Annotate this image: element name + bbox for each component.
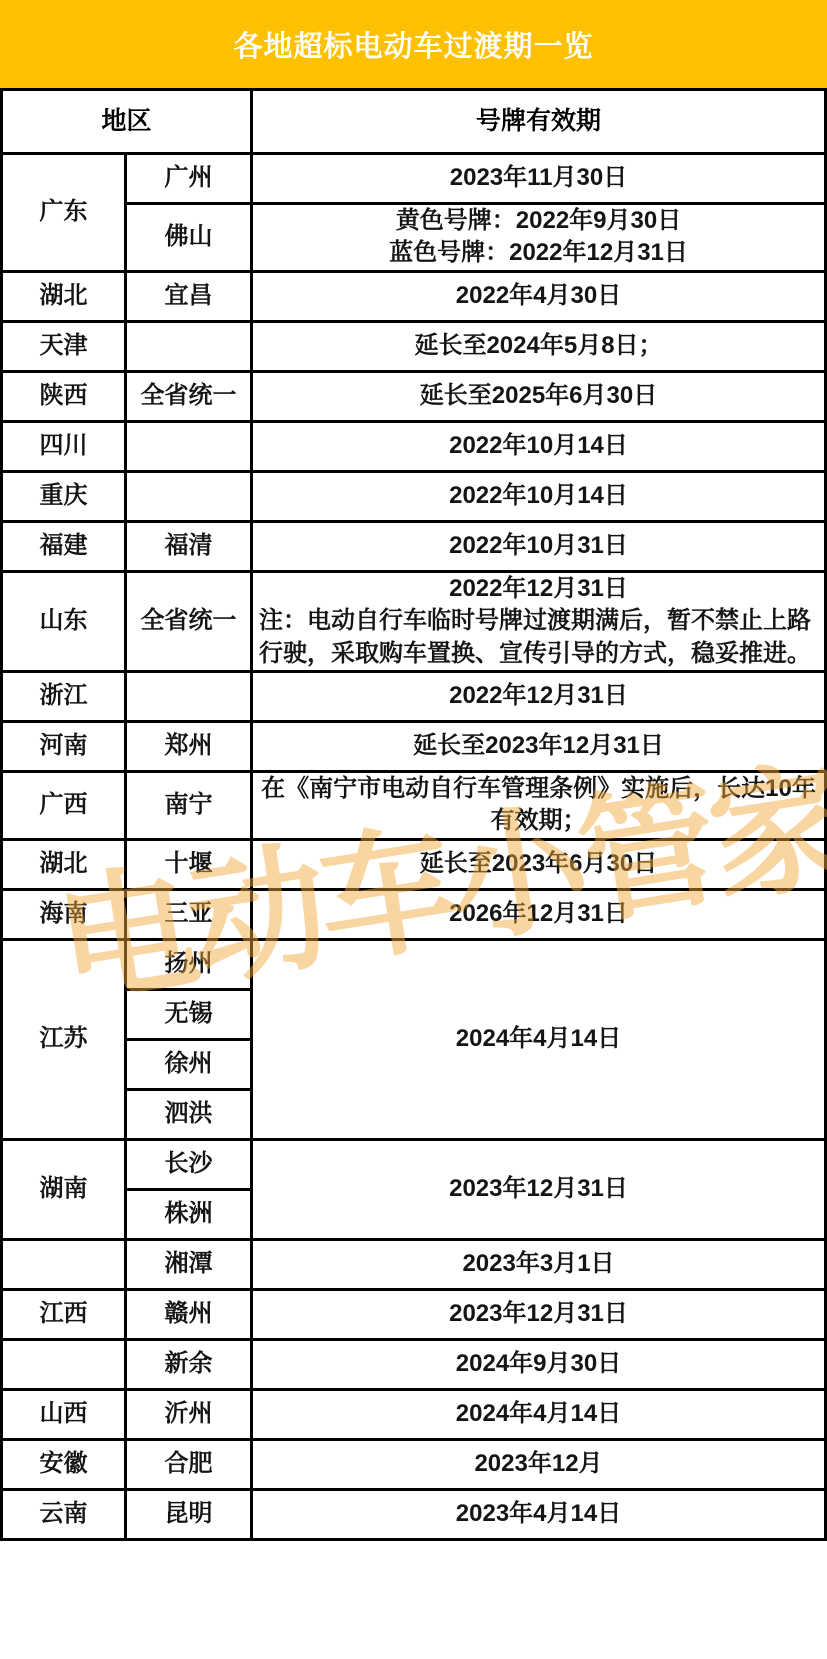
- table-row: 江西 赣州 2023年12月31日: [2, 1289, 826, 1339]
- province-cell: 湖北: [2, 839, 126, 889]
- city-cell: 昆明: [126, 1489, 252, 1539]
- validity-cell: 2023年11月30日: [252, 154, 826, 204]
- table-row: 广西 南宁 在《南宁市电动自行车管理条例》实施后，长达10年有效期；: [2, 771, 826, 839]
- province-cell: 四川: [2, 421, 126, 471]
- province-cell: 安徽: [2, 1439, 126, 1489]
- table-row: 江苏 扬州 2024年4月14日: [2, 939, 826, 989]
- table-row: 山西 沂州 2024年4月14日: [2, 1389, 826, 1439]
- city-cell: 长沙: [126, 1139, 252, 1189]
- validity-cell: 2022年10月31日: [252, 521, 826, 571]
- validity-date: 2022年12月31日: [257, 573, 820, 605]
- table-row: 海南 三亚 2026年12月31日: [2, 889, 826, 939]
- table-row: 安徽 合肥 2023年12月: [2, 1439, 826, 1489]
- city-cell: 泗洪: [126, 1089, 252, 1139]
- city-cell: 合肥: [126, 1439, 252, 1489]
- col-header-plate-validity: 号牌有效期: [252, 90, 826, 154]
- validity-cell: 2022年10月14日: [252, 471, 826, 521]
- validity-cell: 2024年9月30日: [252, 1339, 826, 1389]
- page-title: 各地超标电动车过渡期一览: [0, 0, 827, 88]
- province-cell: 山西: [2, 1389, 126, 1439]
- city-cell: 全省统一: [126, 371, 252, 421]
- province-cell: 湖南: [2, 1139, 126, 1239]
- province-cell: 广东: [2, 154, 126, 272]
- city-cell: 佛山: [126, 204, 252, 272]
- validity-cell: 2022年12月31日 注：电动自行车临时号牌过渡期满后，暂不禁止上路行驶，采取…: [252, 571, 826, 671]
- province-cell: 山东: [2, 571, 126, 671]
- validity-line: 黄色号牌：2022年9月30日: [257, 205, 820, 237]
- province-cell: 天津: [2, 321, 126, 371]
- city-cell: 广州: [126, 154, 252, 204]
- city-cell: 扬州: [126, 939, 252, 989]
- city-cell: 株洲: [126, 1189, 252, 1239]
- city-cell: [126, 421, 252, 471]
- table-row: 陕西 全省统一 延长至2025年6月30日: [2, 371, 826, 421]
- city-cell: 湘潭: [126, 1239, 252, 1289]
- table-row: 新余 2024年9月30日: [2, 1339, 826, 1389]
- province-cell: 广西: [2, 771, 126, 839]
- city-cell: [126, 321, 252, 371]
- province-cell: 福建: [2, 521, 126, 571]
- col-header-region: 地区: [2, 90, 252, 154]
- table-row: 湖北 十堰 延长至2023年6月30日: [2, 839, 826, 889]
- table-row: 河南 郑州 延长至2023年12月31日: [2, 721, 826, 771]
- validity-cell: 延长至2024年5月8日；: [252, 321, 826, 371]
- province-cell: 云南: [2, 1489, 126, 1539]
- table-row: 湘潭 2023年3月1日: [2, 1239, 826, 1289]
- province-cell: 浙江: [2, 671, 126, 721]
- city-cell: [126, 671, 252, 721]
- city-cell: 三亚: [126, 889, 252, 939]
- validity-line: 蓝色号牌：2022年12月31日: [257, 237, 820, 269]
- validity-cell: 黄色号牌：2022年9月30日 蓝色号牌：2022年12月31日: [252, 204, 826, 272]
- table-row: 四川 2022年10月14日: [2, 421, 826, 471]
- validity-cell: 2023年12月31日: [252, 1139, 826, 1239]
- table-row: 湖北 宜昌 2022年4月30日: [2, 271, 826, 321]
- transition-period-table: 地区 号牌有效期 广东 广州 2023年11月30日 佛山 黄色号牌：2022年…: [0, 88, 827, 1541]
- city-cell: 福清: [126, 521, 252, 571]
- validity-cell: 在《南宁市电动自行车管理条例》实施后，长达10年有效期；: [252, 771, 826, 839]
- table-row: 广东 广州 2023年11月30日: [2, 154, 826, 204]
- validity-cell: 2023年12月31日: [252, 1289, 826, 1339]
- province-cell: 江苏: [2, 939, 126, 1139]
- validity-cell: 2024年4月14日: [252, 939, 826, 1139]
- validity-cell: 延长至2023年12月31日: [252, 721, 826, 771]
- validity-cell: 2023年4月14日: [252, 1489, 826, 1539]
- city-cell: 赣州: [126, 1289, 252, 1339]
- table-row: 浙江 2022年12月31日: [2, 671, 826, 721]
- table-row: 天津 延长至2024年5月8日；: [2, 321, 826, 371]
- city-cell: 十堰: [126, 839, 252, 889]
- validity-cell: 2024年4月14日: [252, 1389, 826, 1439]
- city-cell: 全省统一: [126, 571, 252, 671]
- validity-cell: 2022年10月14日: [252, 421, 826, 471]
- header-row: 地区 号牌有效期: [2, 90, 826, 154]
- city-cell: 郑州: [126, 721, 252, 771]
- city-cell: 无锡: [126, 989, 252, 1039]
- province-cell: 河南: [2, 721, 126, 771]
- validity-cell: 2022年4月30日: [252, 271, 826, 321]
- table-row: 福建 福清 2022年10月31日: [2, 521, 826, 571]
- province-cell: [2, 1239, 126, 1289]
- table-row: 重庆 2022年10月14日: [2, 471, 826, 521]
- validity-cell: 延长至2023年6月30日: [252, 839, 826, 889]
- province-cell: 海南: [2, 889, 126, 939]
- province-cell: [2, 1339, 126, 1389]
- validity-note: 注：电动自行车临时号牌过渡期满后，暂不禁止上路行驶，采取购车置换、宣传引导的方式…: [257, 605, 820, 670]
- city-cell: 徐州: [126, 1039, 252, 1089]
- table-row: 湖南 长沙 2023年12月31日: [2, 1139, 826, 1189]
- province-cell: 陕西: [2, 371, 126, 421]
- city-cell: 新余: [126, 1339, 252, 1389]
- city-cell: [126, 471, 252, 521]
- province-cell: 江西: [2, 1289, 126, 1339]
- validity-cell: 2023年3月1日: [252, 1239, 826, 1289]
- province-cell: 湖北: [2, 271, 126, 321]
- province-cell: 重庆: [2, 471, 126, 521]
- city-cell: 宜昌: [126, 271, 252, 321]
- validity-cell: 延长至2025年6月30日: [252, 371, 826, 421]
- table-row: 山东 全省统一 2022年12月31日 注：电动自行车临时号牌过渡期满后，暂不禁…: [2, 571, 826, 671]
- table-row: 云南 昆明 2023年4月14日: [2, 1489, 826, 1539]
- table-row: 佛山 黄色号牌：2022年9月30日 蓝色号牌：2022年12月31日: [2, 204, 826, 272]
- city-cell: 沂州: [126, 1389, 252, 1439]
- validity-cell: 2022年12月31日: [252, 671, 826, 721]
- validity-cell: 2026年12月31日: [252, 889, 826, 939]
- validity-cell: 2023年12月: [252, 1439, 826, 1489]
- city-cell: 南宁: [126, 771, 252, 839]
